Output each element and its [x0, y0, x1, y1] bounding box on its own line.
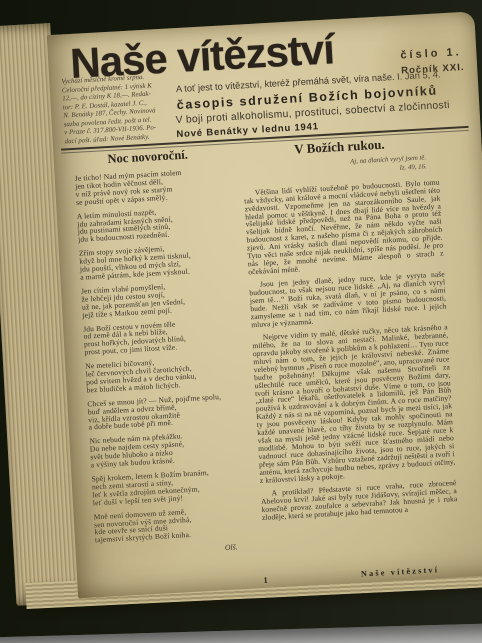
article-paragraph: A protiklad? Představte si ruce vraha, r… — [260, 479, 457, 522]
issue-number: číslo 1. — [400, 46, 464, 62]
running-title: Naše vítězství — [361, 565, 440, 578]
article-column: V Božích rukou. Aj, na dlaních vyryl jse… — [241, 134, 459, 551]
poem-stanza: Jen cítím vlahé pomyšlení,že lehčeji jdu… — [81, 279, 233, 319]
photographed-book: Naše vítězství číslo 1. Ročník XXI. Vych… — [0, 0, 482, 635]
poem-stanza: Chceš se mnou jít? — Nuž, pojďme spolu,b… — [87, 392, 239, 432]
imprint-block: Vychází měsíčně kromě srpna.Celoroční př… — [61, 73, 167, 147]
poem-body: Je ticho! Nad mým psacím stolemjen tikot… — [69, 166, 249, 545]
poem-stanza: Zřím stopy svoje závějemi,když bol mne h… — [79, 242, 231, 282]
magazine-page: Naše vítězství číslo 1. Ročník XXI. Vych… — [47, 11, 482, 598]
poem-stanza: Spěj krokem, letem k Božím branám,nech z… — [91, 467, 243, 507]
article-paragraph: Většina lidí vyhlíží toužebně po budoucn… — [244, 178, 445, 276]
poem-stanza: A letím minulostí nazpět,jdu zahradami k… — [77, 204, 229, 244]
poem-stanza: Mně není domovem už země,sen novoroční v… — [93, 505, 245, 545]
page-number: 1 — [263, 575, 268, 585]
article-paragraph: Jsou jen jedny dlaně, jedny ruce, kde je… — [249, 271, 447, 330]
poem-stanza: Nic nebude nám na překážku.Do nebe najde… — [89, 430, 241, 470]
poem-title: Noc novoroční. — [67, 145, 228, 169]
article-body: Většina lidí vyhlíží toužebně po budoucn… — [244, 178, 458, 522]
poem-column: Noc novoroční. Je ticho! Nad mým psacím … — [67, 145, 249, 560]
poem-stanza: Je ticho! Nad mým psacím stolemjen tikot… — [75, 167, 227, 207]
article-paragraph: Nejprve vidím ty malé, dětské ručky, něc… — [252, 323, 456, 485]
poem-stanza: Jdu Boží cestou v novém těleod země dál … — [83, 317, 235, 357]
poem-stanza: Ne metelicí bičovaný,leč červnových chvi… — [85, 354, 237, 394]
page-columns: Noc novoroční. Je ticho! Nad mým psacím … — [67, 134, 459, 560]
poem-signature: Olš. — [90, 542, 250, 560]
